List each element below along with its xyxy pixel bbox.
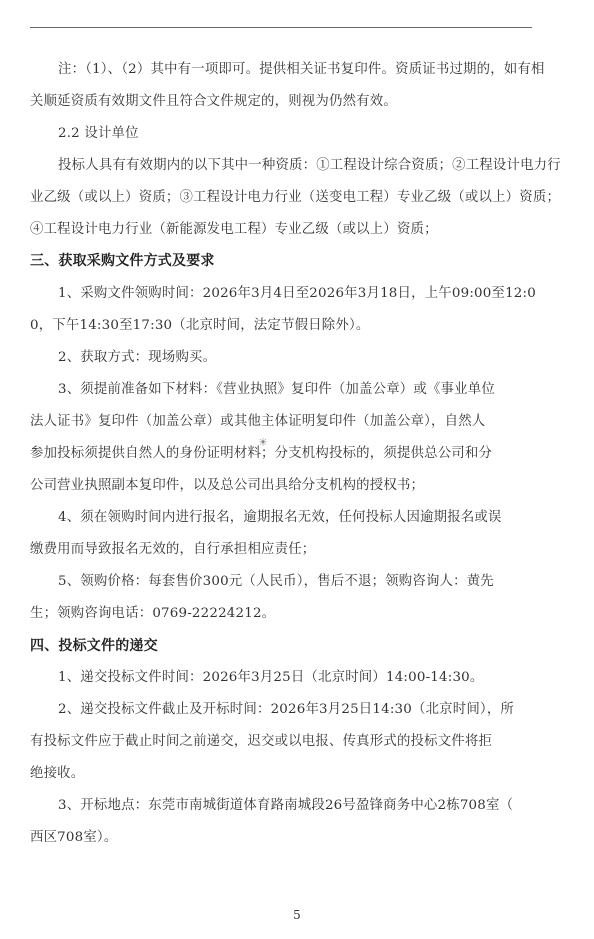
s3-item5-line-2: 生；领购咨询电话：0769-22224212。 bbox=[30, 605, 275, 623]
design-qual-line-1: 投标人具有有效期内的以下其中一种资质：①工程设计综合资质；②工程设计电力行 bbox=[58, 157, 561, 175]
s3-item5-line-1: 5、领购价格：每套售价300元（人民币），售后不退；领购咨询人：黄先 bbox=[58, 573, 494, 591]
s4-item2-line-1: 2、递交投标文件截止及开标时间：2026年3月25日14:30（北京时间），所 bbox=[58, 701, 514, 719]
s3-item4-line-2: 缴费用而导致报名无效的，自行承担相应责任； bbox=[30, 541, 315, 559]
section-4-heading: 四、投标文件的递交 bbox=[30, 637, 158, 655]
design-qual-line-3: ④工程设计电力行业（新能源发电工程）专业乙级（或以上）资质； bbox=[30, 221, 438, 239]
s3-item1-line-1: 1、采购文件领购时间：2026年3月4日至2026年3月18日，上午09:00至… bbox=[58, 285, 536, 303]
s3-item3-line-1: 3、须提前准备如下材料：《营业执照》复印件（加盖公章）或《事业单位 bbox=[58, 381, 495, 399]
note-line-1: 注：（1）、（2）其中有一项即可。提供相关证书复印件。资质证书过期的，如有相 bbox=[58, 61, 545, 79]
s3-item3-line-4: 公司营业执照副本复印件，以及总公司出具给分支机构的授权书； bbox=[30, 477, 424, 495]
s3-item4-line-1: 4、须在领购时间内进行报名，逾期报名无效，任何投标人因逾期报名或误 bbox=[58, 509, 502, 527]
header-rule bbox=[30, 27, 532, 28]
s4-item1: 1、递交投标文件时间：2026年3月25日（北京时间）14:00-14:30。 bbox=[58, 669, 483, 687]
s4-item3-line-1: 3、开标地点：东莞市南城街道体育路南城段26号盈锋商务中心2栋708室（ bbox=[58, 797, 513, 815]
note-line-2: 关顺延资质有效期文件且符合文件规定的，则视为仍然有效。 bbox=[30, 93, 397, 111]
sparkle-icon: ☀ bbox=[258, 436, 268, 449]
s3-item1-line-2: 0，下午14:30至17:30（北京时间，法定节假日除外）。 bbox=[30, 317, 369, 335]
s3-item3-line-2: 法人证书》复印件（加盖公章）或其他主体证明复印件（加盖公章），自然人 bbox=[30, 413, 485, 431]
s3-item2: 2、获取方式：现场购买。 bbox=[58, 349, 216, 367]
s4-item2-line-2: 有投标文件应于截止时间之前递交，迟交或以电报、传真形式的投标文件将拒 bbox=[30, 733, 492, 751]
section-2-2-title: 2.2 设计单位 bbox=[58, 125, 139, 143]
page-number: 5 bbox=[0, 908, 594, 922]
section-3-heading: 三、获取采购文件方式及要求 bbox=[30, 252, 215, 270]
design-qual-line-2: 业乙级（或以上）资质；③工程设计电力行业（送变电工程）专业乙级（或以上）资质； bbox=[30, 189, 560, 207]
s4-item2-line-3: 绝接收。 bbox=[30, 765, 84, 783]
s4-item3-line-2: 西区708室）。 bbox=[30, 829, 117, 847]
